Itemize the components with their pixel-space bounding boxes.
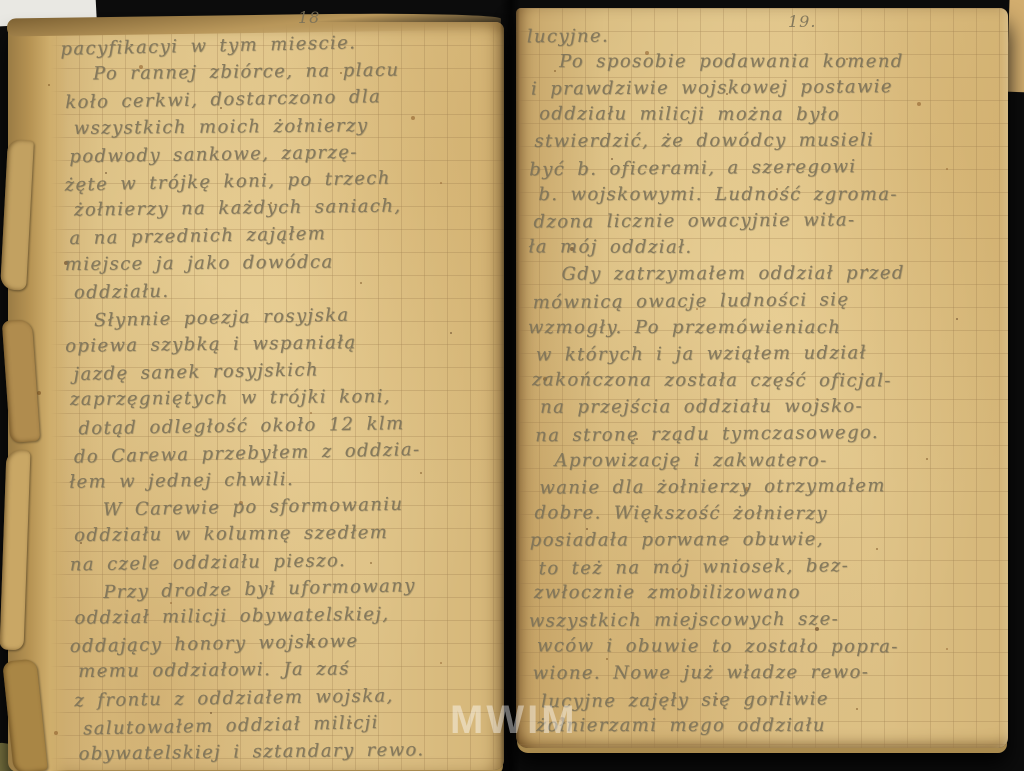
handwritten-line: oddziału milicji można było [539, 103, 1003, 131]
handwritten-text-left: pacyfikacyi w tym miescie. Po rannej zbi… [66, 31, 503, 771]
handwritten-line: zwłocznie zmobilizowano [534, 582, 1005, 609]
handwritten-line: lucyjne zajęły się gorliwie [541, 687, 1005, 718]
watermark: MWIM [450, 698, 578, 743]
handwritten-line: posiadała porwane obuwie, [530, 528, 1005, 556]
handwritten-line: wione. Nowe już władze rewo- [533, 661, 1005, 689]
left-page: 18 pacyfikacyi w tym miescie. Po rannej … [10, 22, 504, 770]
handwritten-line: mównicą owacje ludności się [532, 288, 1003, 319]
handwritten-text-right: lucyjne. Po sposobie podawania komendi p… [533, 23, 1006, 743]
handwritten-line: być b. oficerami, a szeregowi [530, 155, 1004, 186]
handwritten-line: i prawdziwie wojskowej postawie [531, 76, 1004, 106]
handwritten-line: w których i ja wziąłem udział [536, 342, 1004, 372]
paper-speckles [516, 8, 518, 10]
scanned-notebook-spread: 18 pacyfikacyi w tym miescie. Po rannej … [0, 0, 1024, 771]
handwritten-line: b. wojskowymi. Ludność zgroma- [538, 183, 1003, 210]
handwritten-line: Po sposobie podawania komend [535, 51, 1003, 78]
page-edge-sliver [1006, 0, 1024, 92]
handwritten-line: wszystkich miejscowych sze- [529, 607, 1005, 637]
handwritten-line: ła mój oddział. [529, 236, 1004, 264]
handwritten-line: na stronę rządu tymczasowego. [535, 421, 1004, 452]
handwritten-line: wzmogły. Po przemówieniach [528, 316, 1004, 343]
page-number-left: 18 [298, 8, 320, 27]
handwritten-line: to też na mój wniosek, bez- [538, 554, 1005, 585]
handwritten-line: dobre. Większość żołnierzy [534, 502, 1004, 530]
handwritten-line: obywatelskiej i sztandary rewo. [79, 738, 504, 771]
handwritten-line: wanie dla żołnierzy otrzymałem [539, 475, 1004, 505]
handwritten-line: Aprowizację i zakwatero- [531, 449, 1005, 476]
right-page: 19. lucyjne. Po sposobie podawania komen… [516, 8, 1008, 748]
handwritten-line: zakończona została część oficjal- [532, 369, 1004, 397]
handwritten-line: lucyjne. [527, 22, 1003, 53]
handwritten-line: stwierdzić, że dowódcy musieli [534, 130, 1003, 158]
paper-speckles [10, 22, 12, 24]
handwritten-line: dzona licznie owacyjnie wita- [533, 209, 1003, 239]
handwritten-line: Gdy zatrzymałem oddział przed [537, 263, 1003, 291]
handwritten-line: na przejścia oddziału wojsko- [540, 395, 1004, 423]
handwritten-line: żołnierzami mego oddziału [536, 715, 1005, 742]
handwritten-line: wców i obuwie to zostało popra- [537, 635, 1005, 663]
page-number-right: 19. [788, 12, 816, 31]
